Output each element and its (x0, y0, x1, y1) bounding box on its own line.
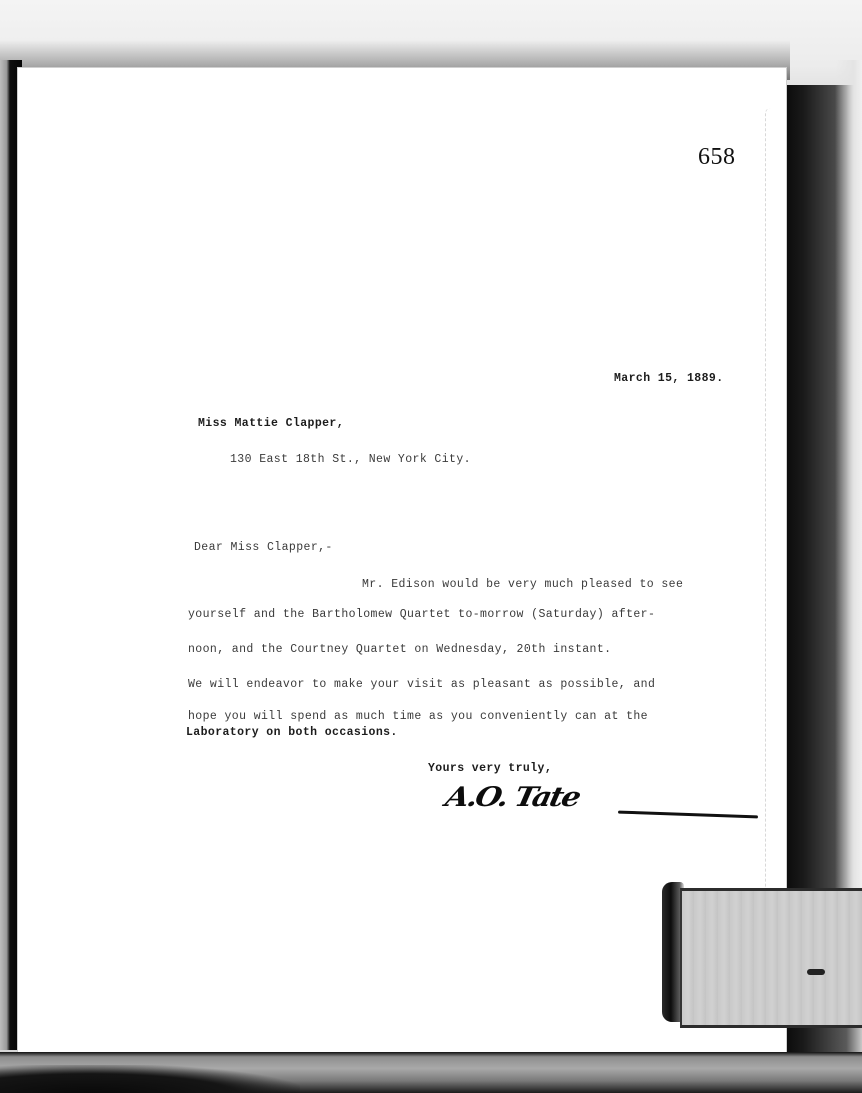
scan-right-highlight (835, 60, 862, 920)
letter-date: March 15, 1889. (614, 372, 724, 385)
clip-band (680, 888, 862, 1028)
body-line-5: hope you will spend as much time as you … (188, 710, 648, 723)
recipient-name: Miss Mattie Clapper, (198, 417, 344, 430)
body-line-6: Laboratory on both occasions. (186, 726, 398, 739)
body-line-2: yourself and the Bartholomew Quartet to-… (188, 608, 655, 621)
body-line-4: We will endeavor to make your visit as p… (188, 678, 655, 691)
body-line-3: noon, and the Courtney Quartet on Wednes… (188, 643, 611, 656)
handwritten-signature: A.O. Tate (443, 782, 583, 814)
page-curl-edge (765, 108, 776, 1008)
closing: Yours very truly, (428, 762, 552, 775)
salutation: Dear Miss Clapper,- (194, 541, 333, 554)
recipient-address: 130 East 18th St., New York City. (230, 453, 471, 466)
body-line-1: Mr. Edison would be very much pleased to… (362, 578, 683, 591)
signature-flourish (618, 811, 758, 819)
binder-clip (662, 880, 862, 1025)
page-number: 658 (698, 144, 736, 171)
scan-bottom-shadow (0, 1065, 300, 1093)
clip-mark (807, 969, 825, 975)
